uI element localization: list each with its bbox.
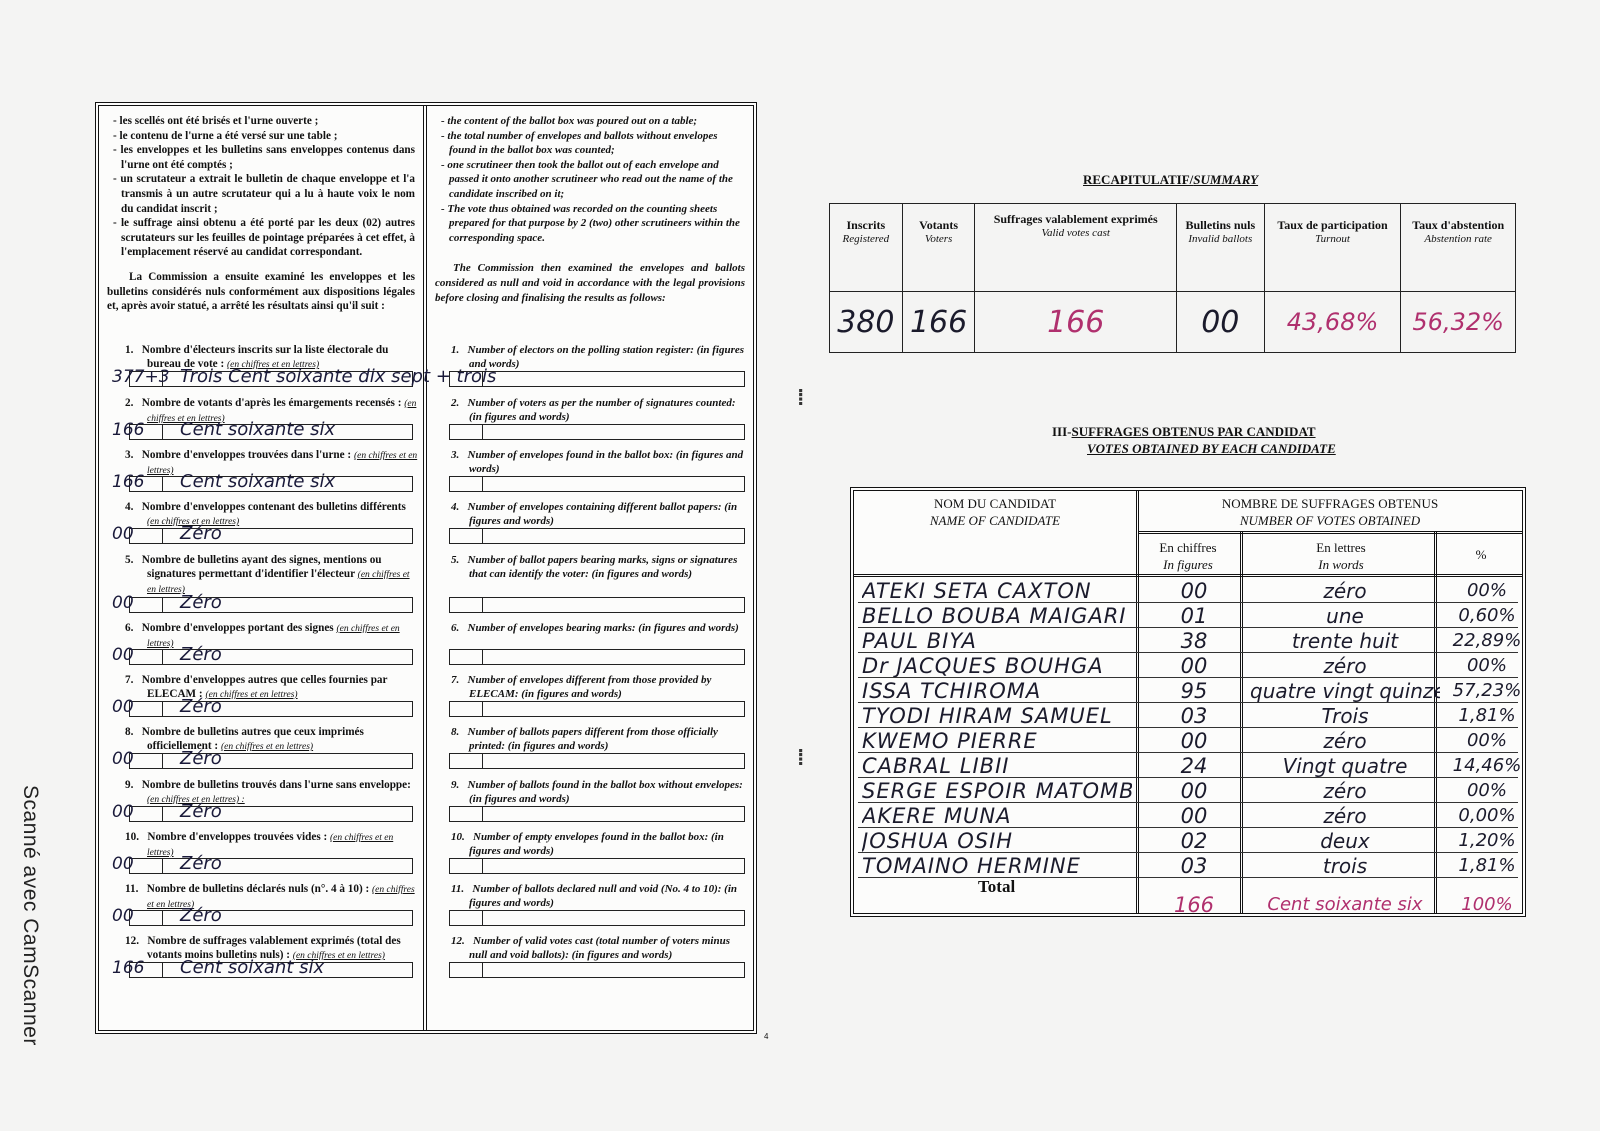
candidate-row: CABRAL LIBII24Vingt quatre14,46%: [858, 752, 1518, 778]
candidate-votes-words: quatre vingt quinze: [1250, 677, 1440, 702]
answer-field[interactable]: [449, 806, 745, 822]
answer-field[interactable]: [449, 528, 745, 544]
answer-field[interactable]: 00Zéro: [129, 701, 413, 717]
answer-field[interactable]: 166Cent soixant six: [129, 962, 413, 978]
candidate-votes-figures: 01: [1148, 602, 1240, 627]
candidate-votes-figures: 00: [1148, 727, 1240, 752]
figure-cell: [450, 702, 483, 716]
candidate-votes-figures: 00: [1148, 802, 1240, 827]
item-label: 8. Nombre de bulletins autres que ceux i…: [103, 725, 419, 754]
figure-cell: [450, 372, 483, 386]
header-turnout: Taux de participationTurnout: [1264, 204, 1401, 292]
scan-mark: ⁞: [797, 745, 804, 771]
item-label: 4. Number of envelopes containing differ…: [431, 500, 751, 528]
candidate-name: Dr JACQUES BOUHGA: [862, 652, 1132, 677]
candidate-row: JOSHUA OSIH02deux1,20%: [858, 827, 1518, 853]
candidate-name: BELLO BOUBA MAIGARI: [862, 602, 1132, 627]
words-value: Zéro: [180, 748, 222, 769]
french-item-7: 7. Nombre d'enveloppes autres que celles…: [103, 673, 419, 702]
item-label: 10. Nombre d'enveloppes trouvées vides :…: [103, 830, 419, 860]
item-label: 1. Number of electors on the polling sta…: [431, 343, 751, 371]
french-item-1: 1. Nombre d'électeurs inscrits sur la li…: [103, 343, 419, 372]
english-item-5: 5. Number of ballot papers bearing marks…: [431, 553, 751, 581]
figure-value: 166: [112, 420, 144, 440]
figure-cell: [130, 807, 163, 821]
figure-value: 166: [112, 472, 144, 492]
answer-field[interactable]: [449, 424, 745, 440]
english-item-3: 3. Number of envelopes found in the ball…: [431, 448, 751, 476]
page-number: 4: [764, 1032, 768, 1041]
figure-cell: [130, 859, 163, 873]
figure-cell: [130, 529, 163, 543]
answer-field[interactable]: 00Zéro: [129, 597, 413, 613]
words-value: Zéro: [180, 696, 222, 717]
figure-value: 377+3: [112, 367, 170, 387]
figure-value: 166: [112, 958, 144, 978]
french-item-3: 3. Nombre d'enveloppes trouvées dans l'u…: [103, 448, 419, 478]
registered-value: 380: [830, 292, 903, 353]
figure-cell: [450, 598, 483, 612]
item-label: 5. Number of ballot papers bearing marks…: [431, 553, 751, 581]
candidate-row: Dr JACQUES BOUHGA00zéro00%: [858, 652, 1518, 678]
candidate-votes-figures: 00: [1148, 652, 1240, 677]
english-item-8: 8. Number of ballots papers different fr…: [431, 725, 751, 753]
candidate-name: JOSHUA OSIH: [862, 827, 1132, 852]
words-value: Cent soixante six: [180, 471, 335, 492]
figure-cell: [450, 425, 483, 439]
french-item-5: 5. Nombre de bulletins ayant des signes,…: [103, 553, 419, 597]
figure-cell: [450, 529, 483, 543]
candidate-votes-percent: 1,81%: [1450, 852, 1524, 877]
summary-title: RECAPITULATIF/SUMMARY: [1083, 172, 1258, 188]
words-value: Cent soixant six: [180, 957, 324, 978]
candidate-votes-words: deux: [1250, 827, 1440, 852]
total-row: Total166Cent soixante six100%: [858, 877, 1518, 917]
turnout-value: 43,68%: [1264, 292, 1401, 353]
candidate-votes-percent: 00%: [1450, 727, 1524, 752]
figure-value: 00: [112, 749, 134, 769]
scan-mark: ⁞: [797, 385, 804, 411]
french-item-11: 11. Nombre de bulletins déclarés nuls (n…: [103, 882, 419, 912]
english-item-2: 2. Number of voters as per the number of…: [431, 396, 751, 424]
item-label: 6. Number of envelopes bearing marks: (i…: [431, 621, 751, 635]
invalid-ballots-value: 00: [1176, 292, 1264, 353]
candidate-votes-percent: 22,89%: [1450, 627, 1524, 652]
candidate-row: TOMAINO HERMINE03trois1,81%: [858, 852, 1518, 878]
item-label: 6. Nombre d'enveloppes portant des signe…: [103, 621, 419, 651]
answer-field[interactable]: 166Cent soixante six: [129, 424, 413, 440]
candidate-row: SERGE ESPOIR MATOMBA00zéro00%: [858, 777, 1518, 803]
candidate-votes-words: zéro: [1250, 652, 1440, 677]
figure-cell: [450, 754, 483, 768]
figure-value: 00: [112, 697, 134, 717]
words-value: Zéro: [180, 523, 222, 544]
valid-votes-value: 166: [975, 292, 1177, 353]
candidate-name: TYODI HIRAM SAMUEL: [862, 702, 1132, 727]
item-label: 7. Nombre d'enveloppes autres que celles…: [103, 673, 419, 702]
voters-value: 166: [902, 292, 975, 353]
candidate-votes-percent: 57,23%: [1450, 677, 1524, 702]
french-item-9: 9. Nombre de bulletins trouvés dans l'ur…: [103, 778, 419, 807]
answer-field[interactable]: [449, 753, 745, 769]
item-label: 3. Number of envelopes found in the ball…: [431, 448, 751, 476]
percent-column-header: %: [1440, 547, 1522, 563]
candidate-votes-figures: 03: [1148, 702, 1240, 727]
figure-cell: [450, 807, 483, 821]
header-invalid-ballots: Bulletins nulsInvalid ballots: [1176, 204, 1264, 292]
candidate-votes-percent: 0,00%: [1450, 802, 1524, 827]
candidate-name: TOMAINO HERMINE: [862, 852, 1132, 877]
candidate-votes-percent: 00%: [1450, 777, 1524, 802]
item-label: 8. Number of ballots papers different fr…: [431, 725, 751, 753]
figure-cell: [130, 598, 163, 612]
words-value: Cent soixante six: [180, 419, 335, 440]
total-percent: 100%: [1450, 891, 1524, 916]
answer-field[interactable]: [449, 910, 745, 926]
procedure-step: - The vote thus obtained was recorded on…: [441, 202, 745, 246]
header-abstention: Taux d'abstentionAbstention rate: [1401, 204, 1516, 292]
candidate-votes-table: NOM DU CANDIDAT NAME OF CANDIDATE NOMBRE…: [850, 487, 1526, 917]
item-label: 7. Number of envelopes different from th…: [431, 673, 751, 701]
candidate-name: ATEKI SETA CAXTON: [862, 577, 1132, 602]
french-item-10: 10. Nombre d'enveloppes trouvées vides :…: [103, 830, 419, 860]
english-item-7: 7. Number of envelopes different from th…: [431, 673, 751, 701]
candidate-row: ATEKI SETA CAXTON00zéro00%: [858, 577, 1518, 603]
procedure-step: - one scrutineer then took the ballot ou…: [441, 158, 745, 202]
figure-cell: [450, 911, 483, 925]
french-item-4: 4. Nombre d'enveloppes contenant des bul…: [103, 500, 419, 529]
english-item-1: 1. Number of electors on the polling sta…: [431, 343, 751, 371]
candidate-row: ISSA TCHIROMA95quatre vingt quinze57,23%: [858, 677, 1518, 703]
answer-field[interactable]: 00Zéro: [129, 858, 413, 874]
figure-cell: [450, 477, 483, 491]
words-column-header: En lettres In words: [1244, 539, 1438, 573]
total-figures: 166: [1148, 891, 1240, 916]
english-item-12: 12. Number of valid votes cast (total nu…: [431, 934, 751, 962]
answer-field[interactable]: 00Zéro: [129, 910, 413, 926]
procedure-step: - les scellés ont été brisés et l'urne o…: [113, 114, 415, 129]
candidate-name: PAUL BIYA: [862, 627, 1132, 652]
figure-cell: [130, 911, 163, 925]
item-label: 5. Nombre de bulletins ayant des signes,…: [103, 553, 419, 597]
words-value: Zéro: [180, 592, 222, 613]
figure-value: 00: [112, 524, 134, 544]
words-value: Zéro: [180, 905, 222, 926]
candidate-votes-words: zéro: [1250, 727, 1440, 752]
figure-value: 00: [112, 906, 134, 926]
french-item-8: 8. Nombre de bulletins autres que ceux i…: [103, 725, 419, 754]
item-label: 12. Number of valid votes cast (total nu…: [431, 934, 751, 962]
candidate-votes-words: zéro: [1250, 802, 1440, 827]
answer-field[interactable]: [449, 962, 745, 978]
figure-value: 00: [112, 593, 134, 613]
english-item-9: 9. Number of ballots found in the ballot…: [431, 778, 751, 806]
abstention-value: 56,32%: [1401, 292, 1516, 353]
header-voters: VotantsVoters: [902, 204, 975, 292]
candidate-name: KWEMO PIERRE: [862, 727, 1132, 752]
answer-field[interactable]: [449, 858, 745, 874]
answer-field[interactable]: 377+3Trois Cent soixante dix sept + troi…: [129, 371, 413, 387]
header-valid-votes: Suffrages valablement exprimésValid vote…: [975, 204, 1177, 292]
candidate-votes-words: une: [1250, 602, 1440, 627]
item-label: 9. Number of ballots found in the ballot…: [431, 778, 751, 806]
candidate-votes-words: zéro: [1250, 577, 1440, 602]
commission-paragraph: The Commission then examined the envelop…: [435, 261, 745, 305]
answer-field[interactable]: 00Zéro: [129, 649, 413, 665]
votes-section-subtitle: VOTES OBTAINED BY EACH CANDIDATE: [1087, 441, 1336, 457]
answer-field[interactable]: 00Zéro: [129, 753, 413, 769]
answer-field[interactable]: 00Zéro: [129, 528, 413, 544]
figure-cell: [450, 859, 483, 873]
candidate-name: AKERE MUNA: [862, 802, 1132, 827]
candidate-votes-figures: 24: [1148, 752, 1240, 777]
figure-cell: [130, 702, 163, 716]
words-value: Zéro: [180, 801, 222, 822]
words-value: Zéro: [180, 853, 222, 874]
procedure-step: - the total number of envelopes and ball…: [441, 129, 745, 158]
item-label: 9. Nombre de bulletins trouvés dans l'ur…: [103, 778, 419, 807]
item-label: 2. Number of voters as per the number of…: [431, 396, 751, 424]
english-item-10: 10. Number of empty envelopes found in t…: [431, 830, 751, 858]
procedure-step: - the content of the ballot box was pour…: [441, 114, 745, 129]
english-item-11: 11. Number of ballots declared null and …: [431, 882, 751, 910]
candidate-votes-percent: 0,60%: [1450, 602, 1524, 627]
header-registered: InscritsRegistered: [830, 204, 903, 292]
divider: [1138, 531, 1522, 534]
candidate-name: SERGE ESPOIR MATOMBA: [862, 777, 1132, 802]
candidate-votes-percent: 00%: [1450, 577, 1524, 602]
camscanner-watermark: Scanné avec CamScanner: [18, 785, 42, 1046]
votes-column-header: NOMBRE DE SUFFRAGES OBTENUS NUMBER OF VO…: [1138, 495, 1522, 529]
item-label: 4. Nombre d'enveloppes contenant des bul…: [103, 500, 419, 529]
figure-value: 00: [112, 802, 134, 822]
procedure-step: - le contenu de l'urne a été versé sur u…: [113, 129, 415, 144]
figures-column-header: En chiffres In figures: [1138, 539, 1238, 573]
total-words: Cent soixante six: [1250, 891, 1440, 916]
french-item-2: 2. Nombre de votants d'après les émargem…: [103, 396, 419, 426]
candidate-votes-figures: 38: [1148, 627, 1240, 652]
candidate-votes-figures: 02: [1148, 827, 1240, 852]
french-item-12: 12. Nombre de suffrages valablement expr…: [103, 934, 419, 963]
candidate-row: TYODI HIRAM SAMUEL03Trois1,81%: [858, 702, 1518, 728]
french-item-6: 6. Nombre d'enveloppes portant des signe…: [103, 621, 419, 651]
candidate-votes-figures: 03: [1148, 852, 1240, 877]
candidate-votes-words: trente huit: [1250, 627, 1440, 652]
answer-field[interactable]: [449, 649, 745, 665]
figure-cell: [450, 963, 483, 977]
candidate-row: KWEMO PIERRE00zéro00%: [858, 727, 1518, 753]
candidate-votes-figures: 00: [1148, 577, 1240, 602]
candidate-votes-words: zéro: [1250, 777, 1440, 802]
figure-cell: [130, 650, 163, 664]
english-item-6: 6. Number of envelopes bearing marks: (i…: [431, 621, 751, 635]
candidate-name: CABRAL LIBII: [862, 752, 1132, 777]
procedure-step: - un scrutateur a extrait le bulletin de…: [113, 172, 415, 216]
candidate-votes-percent: 1,81%: [1450, 702, 1524, 727]
figure-value: 00: [112, 645, 134, 665]
procedure-step: - le suffrage ainsi obtenu a été porté p…: [113, 216, 415, 260]
candidate-votes-figures: 00: [1148, 777, 1240, 802]
candidate-votes-words: Vingt quatre: [1250, 752, 1440, 777]
votes-section-title: III-SUFFRAGES OBTENUS PAR CANDIDAT: [1052, 424, 1316, 440]
name-column-header: NOM DU CANDIDAT NAME OF CANDIDATE: [854, 495, 1136, 529]
figure-value: 00: [112, 854, 134, 874]
words-value: Zéro: [180, 644, 222, 665]
item-label: 11. Nombre de bulletins déclarés nuls (n…: [103, 882, 419, 912]
figure-cell: [450, 650, 483, 664]
candidate-row: BELLO BOUBA MAIGARI01une0,60%: [858, 602, 1518, 628]
answer-field[interactable]: [449, 371, 745, 387]
answer-field[interactable]: [449, 476, 745, 492]
item-label: 10. Number of empty envelopes found in t…: [431, 830, 751, 858]
candidate-row: AKERE MUNA00zéro0,00%: [858, 802, 1518, 828]
figure-cell: [130, 754, 163, 768]
candidate-votes-figures: 95: [1148, 677, 1240, 702]
item-label: 11. Number of ballots declared null and …: [431, 882, 751, 910]
candidate-votes-words: trois: [1250, 852, 1440, 877]
answer-field[interactable]: [449, 701, 745, 717]
candidate-votes-percent: 00%: [1450, 652, 1524, 677]
candidate-row: PAUL BIYA38trente huit22,89%: [858, 627, 1518, 653]
english-item-4: 4. Number of envelopes containing differ…: [431, 500, 751, 528]
procedure-step: - les enveloppes et les bulletins sans e…: [113, 143, 415, 172]
answer-field[interactable]: 00Zéro: [129, 806, 413, 822]
candidate-name: ISSA TCHIROMA: [862, 677, 1132, 702]
summary-table: InscritsRegistered VotantsVoters Suffrag…: [829, 203, 1516, 353]
candidate-votes-percent: 1,20%: [1450, 827, 1524, 852]
candidate-votes-percent: 14,46%: [1450, 752, 1524, 777]
commission-paragraph: La Commission a ensuite examiné les enve…: [107, 270, 415, 314]
answer-field[interactable]: 166Cent soixante six: [129, 476, 413, 492]
answer-field[interactable]: [449, 597, 745, 613]
candidate-votes-words: Trois: [1250, 702, 1440, 727]
total-label: Total: [978, 877, 1015, 897]
